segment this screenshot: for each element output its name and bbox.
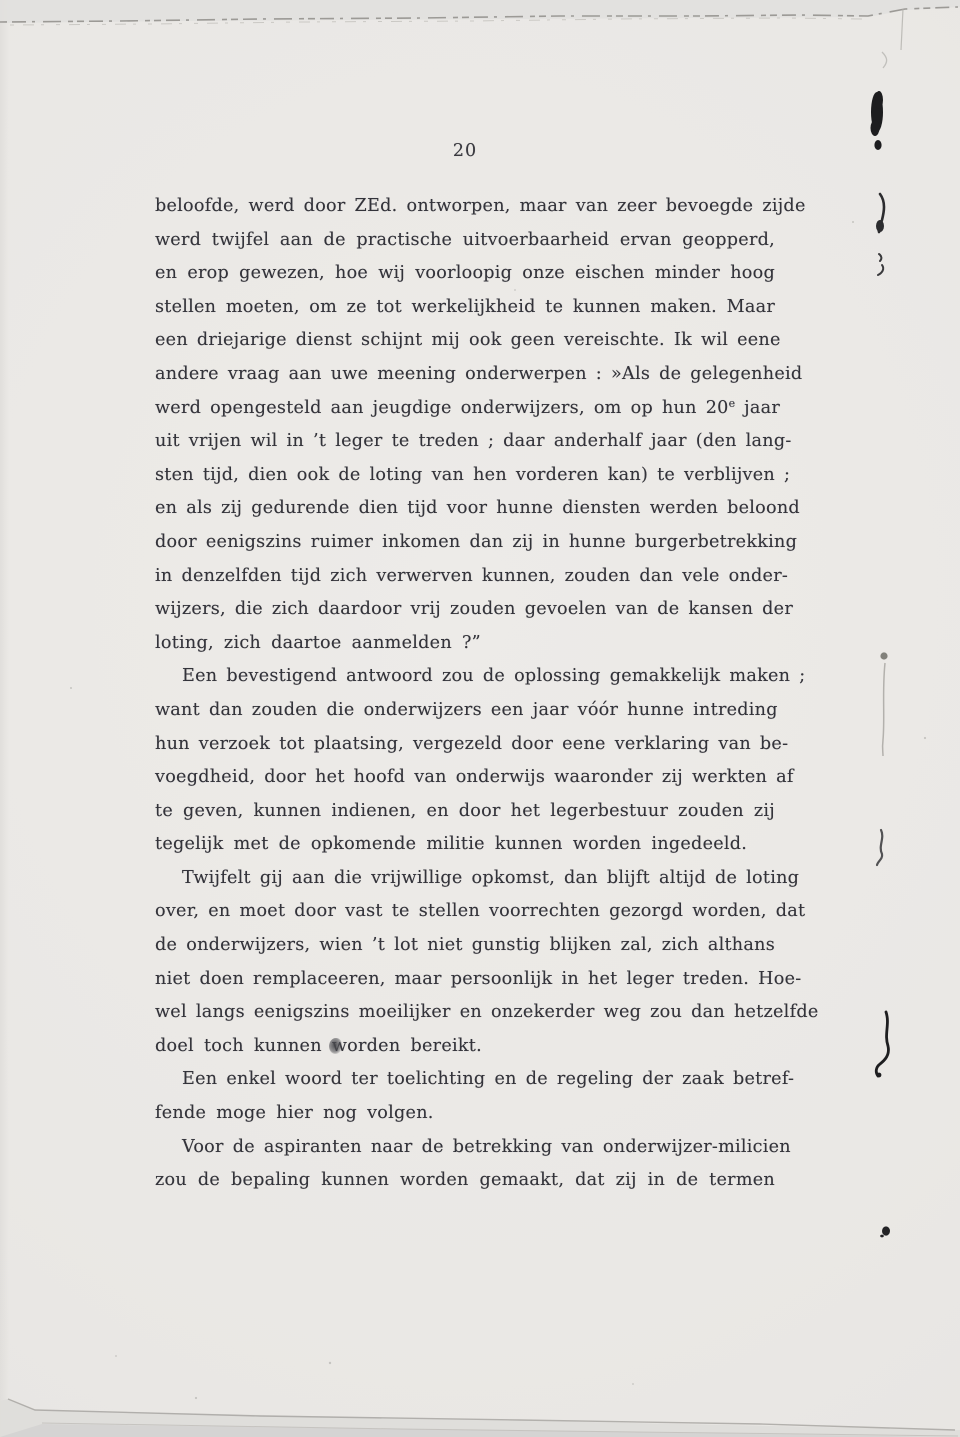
text-line: beloofde, werd door ZEd. ontworpen, maar… [155,190,775,224]
text-line: over, en moet door vast te stellen voorr… [155,895,775,929]
text-line: fende moge hier nog volgen. [155,1097,775,1131]
ink-curl-mark [878,254,883,275]
bottom-second-edge [42,1423,958,1436]
ink-blot-on-word: w [332,1036,347,1056]
text-line: voegdheid, door het hoofd van onderwijs … [155,761,775,795]
text-line: Een enkel woord ter toelichting en de re… [155,1063,775,1097]
text-line: de onderwijzers, wien ’t lot niet gunsti… [155,929,775,963]
top-right-sheet-edge [901,9,903,50]
text-line: niet doen remplaceeren, maar persoonlijk… [155,963,775,997]
text-line: sten tijd, dien ook de loting van hen vo… [155,459,775,493]
text-line: stellen moeten, om ze tot werkelijkheid … [155,291,775,325]
text-line: een driejarige dienst schijnt mij ook ge… [155,324,775,358]
text-line: wijzers, die zich daardoor vrij zouden g… [155,593,775,627]
page-number: 20 [155,141,775,161]
bottom-scan-band [0,1399,960,1437]
bottom-lower-band [0,1424,960,1437]
pencil-line-mark [880,652,887,756]
text-line: zou de bepaling kunnen worden gemaakt, d… [155,1164,775,1198]
text-line: in denzelfden tijd zich verwerven kunnen… [155,560,775,594]
ink-squiggle-mark [877,830,882,865]
text-line: Voor de aspiranten naar de betrekking va… [155,1131,775,1165]
text-line: en als zij gedurende dien tijd voor hunn… [155,492,775,526]
text-line: Een bevestigend antwoord zou de oplossin… [155,660,775,694]
top-deckle-edge-faint [10,18,866,25]
scanned-book-page: 20 beloofde, werd door ZEd. ontworpen, m… [0,0,960,1437]
text-line: tegelijk met de opkomende militie kunnen… [155,828,775,862]
text-line: wel langs eenigszins moeilijker en onzek… [155,996,775,1030]
text-line: andere vraag aan uwe meening onderwerpen… [155,358,775,392]
body-text: beloofde, werd door ZEd. ontworpen, maar… [155,190,775,1198]
left-page-edge-shading [0,0,9,1437]
ink-spot-mark [880,1226,890,1237]
text-line: doel toch kunnen worden bereikt. [155,1030,775,1064]
top-scan-band [0,0,960,23]
text-line: werd twijfel aan de practische uitvoerba… [155,224,775,258]
text-line: loting, zich daartoe aanmelden ?” [155,627,775,661]
ink-blot-top [871,91,884,150]
text-line: uit vrijen wil in ’t leger te treden ; d… [155,425,775,459]
text-line: te geven, kunnen indienen, en door het l… [155,795,775,829]
bottom-page-edge [8,1399,955,1430]
ink-stroke-mark [876,194,884,232]
text-line: want dan zouden die onderwijzers een jaa… [155,694,775,728]
text-line: Twijfelt gij aan die vrijwillige opkomst… [155,862,775,896]
top-deckle-edge [0,7,958,22]
text-line: werd opengesteld aan jeugdige onderwijze… [155,392,775,426]
text-line: en erop gewezen, hoe wij voorloopig onze… [155,257,775,291]
text-line: door eenigszins ruimer inkomen dan zij i… [155,526,775,560]
pencil-paren-mark [882,52,887,68]
text-line: hun verzoek tot plaatsing, vergezeld doo… [155,728,775,762]
ink-hook-mark [876,1012,888,1077]
